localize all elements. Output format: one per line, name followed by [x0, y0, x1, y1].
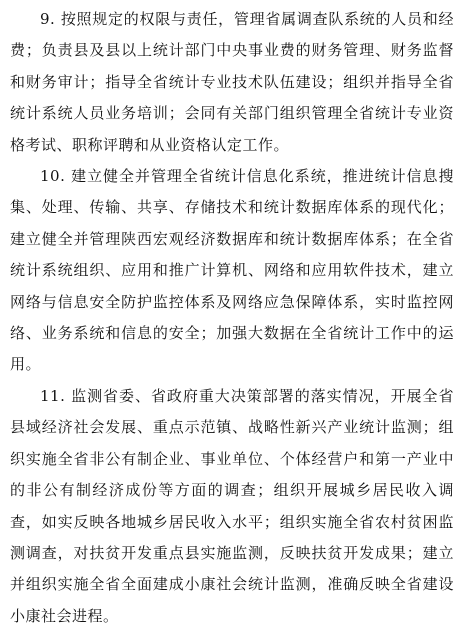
paragraph-item-9: 9. 按照规定的权限与责任，管理省属调查队系统的人员和经费；负责县及县以上统计部…	[10, 4, 454, 161]
document-page: 9. 按照规定的权限与责任，管理省属调查队系统的人员和经费；负责县及县以上统计部…	[0, 0, 462, 638]
paragraph-item-11: 11. 监测省委、省政府重大决策部署的落实情况，开展全省县域经济社会发展、重点示…	[10, 381, 454, 632]
paragraph-item-10: 10. 建立健全并管理全省统计信息化系统，推进统计信息搜集、处理、传输、共享、存…	[10, 161, 454, 381]
document-body: 9. 按照规定的权限与责任，管理省属调查队系统的人员和经费；负责县及县以上统计部…	[10, 4, 454, 632]
